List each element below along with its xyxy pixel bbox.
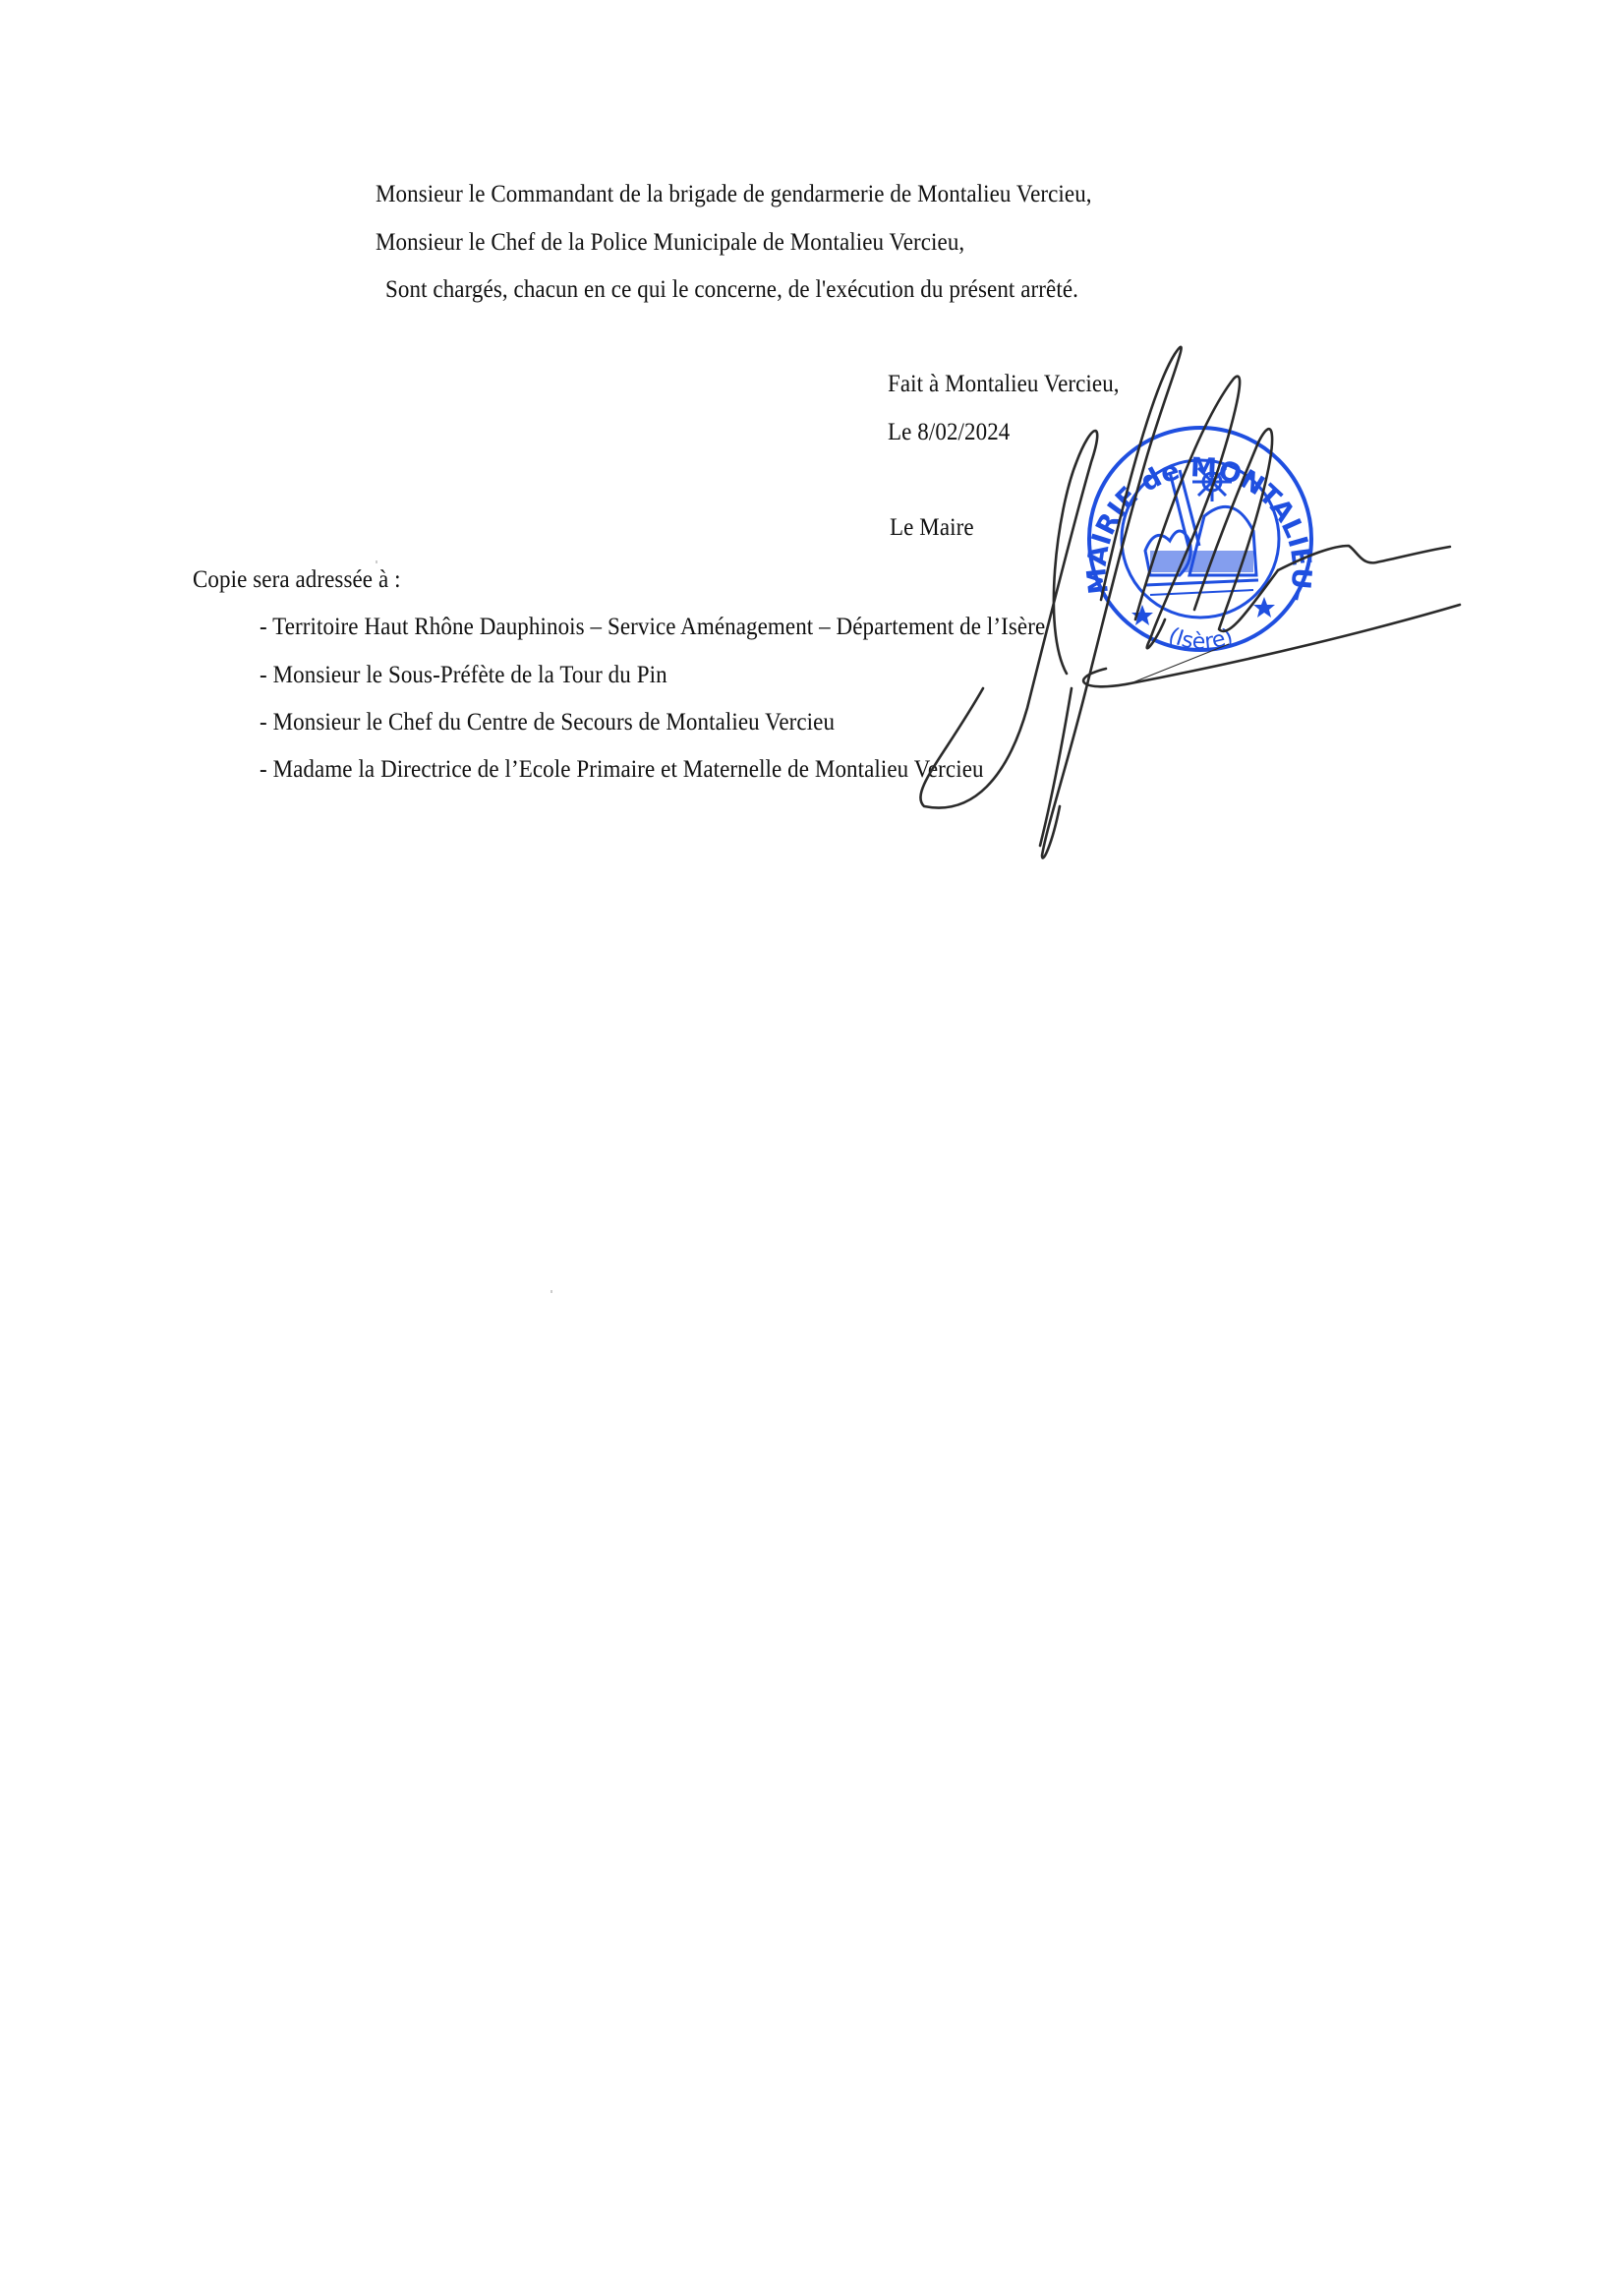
stamp-bottom-text: (Isère): [1165, 623, 1237, 655]
signature-place: Fait à Montalieu Vercieu,: [888, 370, 1120, 399]
signatory-title: Le Maire: [890, 513, 974, 543]
scan-speck: [376, 560, 377, 563]
stamp-star-icons: [1131, 597, 1275, 625]
copy-recipient: - Monsieur le Sous-Préfète de la Tour du…: [260, 661, 667, 690]
scan-speck: [551, 1290, 552, 1293]
copy-recipient: - Territoire Haut Rhône Dauphinois – Ser…: [260, 613, 1045, 642]
stamp-emblem-icon: [1145, 462, 1258, 595]
copy-recipient: - Monsieur le Chef du Centre de Secours …: [260, 708, 835, 737]
copies-heading: Copie sera adressée à :: [193, 565, 401, 595]
executor-line-gendarmerie: Monsieur le Commandant de la brigade de …: [376, 180, 1092, 209]
official-stamp: MAIRIE de MONTALIEU-VERCIEU (Isère): [0, 0, 1623, 2296]
executor-line-charged: Sont chargés, chacun en ce qui le concer…: [385, 275, 1078, 305]
executor-line-police: Monsieur le Chef de la Police Municipale…: [376, 228, 964, 258]
signature-date: Le 8/02/2024: [888, 418, 1010, 447]
copy-recipient: - Madame la Directrice de l’Ecole Primai…: [260, 755, 984, 785]
mayor-signature: [0, 0, 1623, 2296]
